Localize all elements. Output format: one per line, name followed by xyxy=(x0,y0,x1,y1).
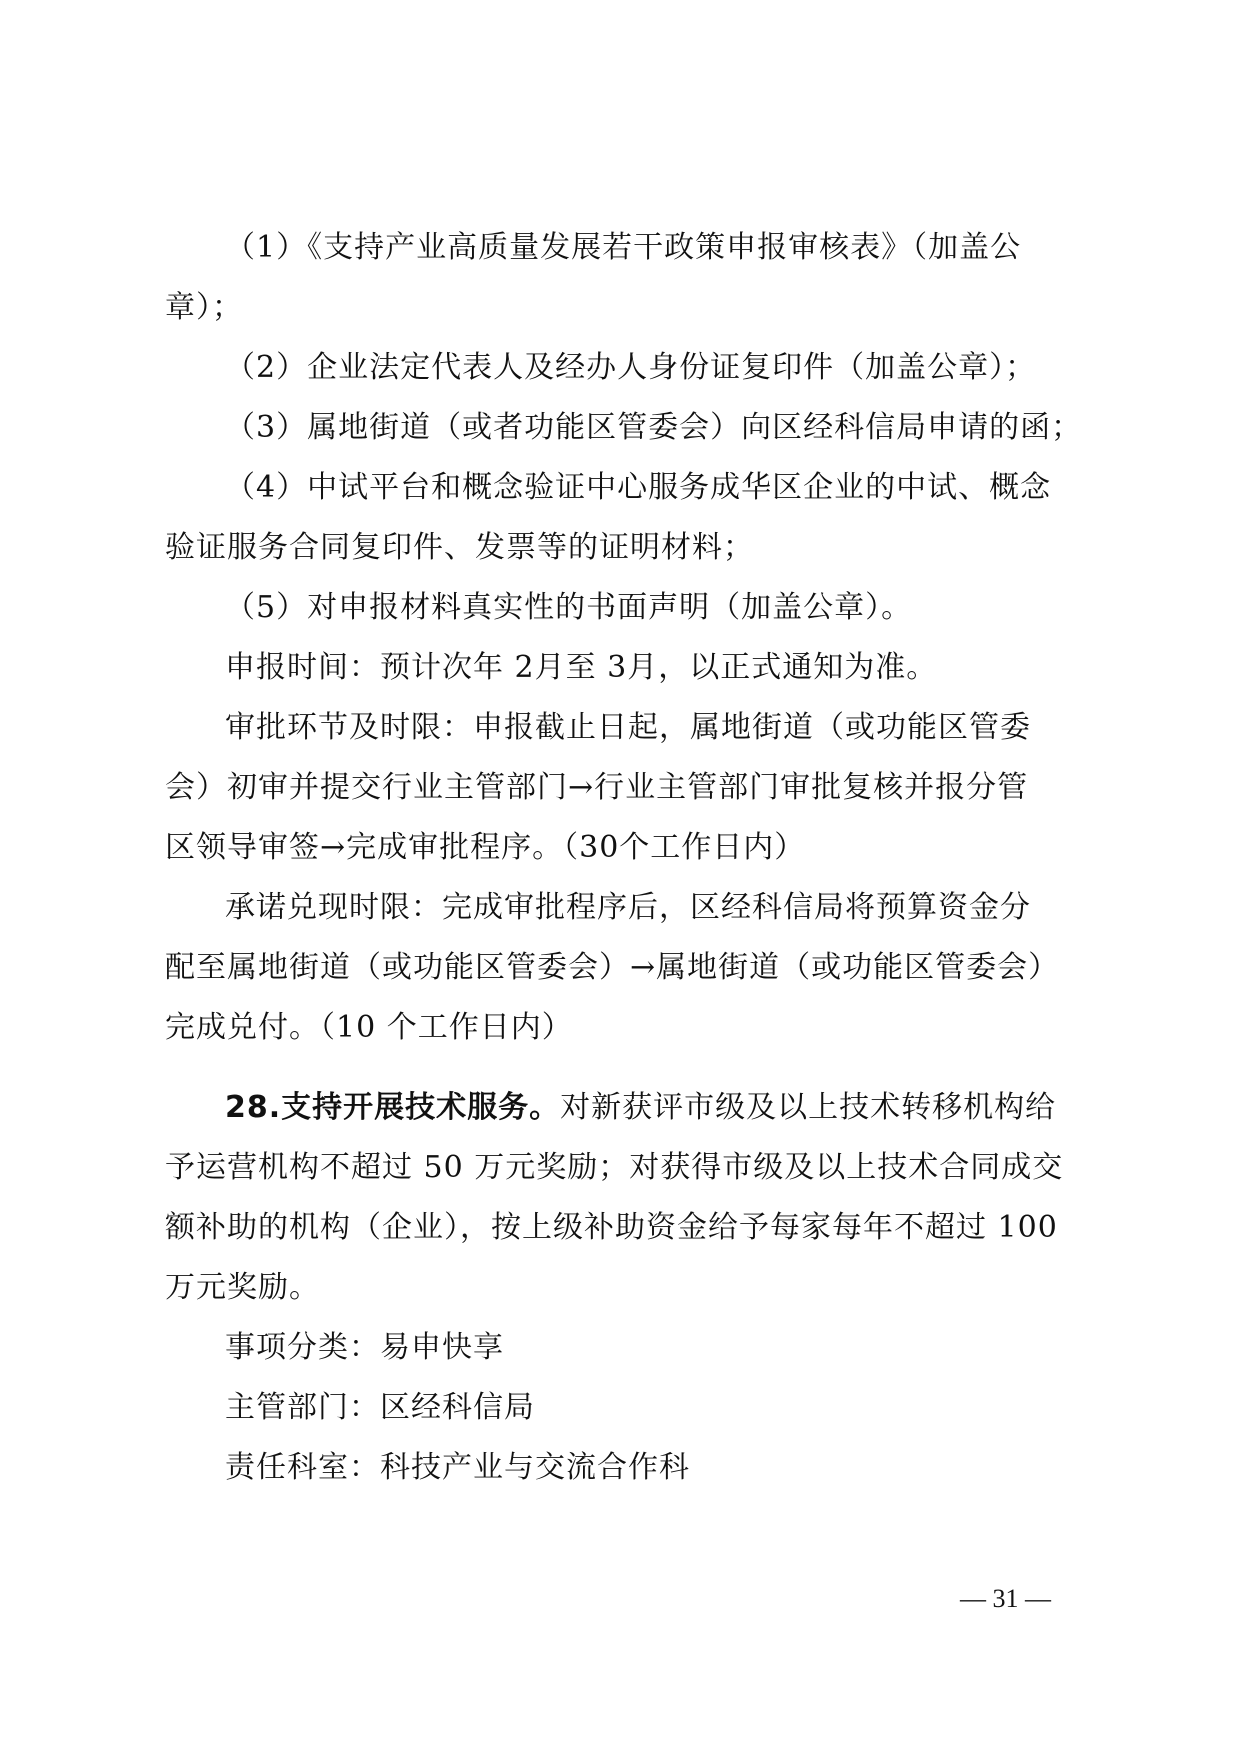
document-page: （1）《支持产业高质量发展若干政策申报审核表》（加盖公 章）； （2）企业法定代… xyxy=(0,0,1241,1755)
section-28-body-1: 予运营机构不超过 50 万元奖励；对获得市级及以上技术合同成交 xyxy=(165,1148,1063,1188)
material-item-5: （5）对申报材料真实性的书面声明（加盖公章）。 xyxy=(225,588,912,628)
section-text: 对新获评市级及以上技术转移机构给 xyxy=(560,1090,1056,1125)
material-item-2: （2）企业法定代表人及经办人身份证复印件（加盖公章）； xyxy=(225,348,1036,388)
material-item-3: （3）属地街道（或者功能区管委会）向区经科信局申请的函； xyxy=(225,408,1082,448)
responsible-office: 责任科室：科技产业与交流合作科 xyxy=(225,1448,690,1488)
material-item-1: （1）《支持产业高质量发展若干政策申报审核表》（加盖公 xyxy=(225,228,1021,268)
page-number: — 31 — xyxy=(960,1584,1051,1614)
competent-department: 主管部门：区经科信局 xyxy=(225,1388,535,1428)
item-category: 事项分类：易申快享 xyxy=(225,1328,504,1368)
section-28-body-2: 额补助的机构（企业），按上级补助资金给予每家每年不超过 100 xyxy=(165,1208,1058,1248)
approval-process: 审批环节及时限：申报截止日起，属地街道（或功能区管委 xyxy=(225,708,1031,748)
material-item-4: （4）中试平台和概念验证中心服务成华区企业的中试、概念 xyxy=(225,468,1051,508)
payment-timeline-cont-2: 完成兑付。（10 个工作日内） xyxy=(165,1008,573,1048)
approval-process-cont-2: 区领导审签→完成审批程序。（30个工作日内） xyxy=(165,828,805,868)
application-time: 申报时间：预计次年 2月至 3月，以正式通知为准。 xyxy=(225,648,937,688)
material-item-1-cont: 章）； xyxy=(165,288,243,328)
section-number: 28. xyxy=(225,1090,281,1125)
material-item-4-cont: 验证服务合同复印件、发票等的证明材料； xyxy=(165,528,754,568)
section-title: 支持开展技术服务。 xyxy=(281,1090,560,1125)
payment-timeline-cont-1: 配至属地街道（或功能区管委会）→属地街道（或功能区管委会） xyxy=(165,948,1059,988)
section-28-body-3: 万元奖励。 xyxy=(165,1268,320,1308)
approval-process-cont-1: 会）初审并提交行业主管部门→行业主管部门审批复核并报分管 xyxy=(165,768,1028,808)
section-28-heading-line: 28.支持开展技术服务。对新获评市级及以上技术转移机构给 xyxy=(225,1088,1056,1128)
payment-timeline: 承诺兑现时限：完成审批程序后，区经科信局将预算资金分 xyxy=(225,888,1031,928)
